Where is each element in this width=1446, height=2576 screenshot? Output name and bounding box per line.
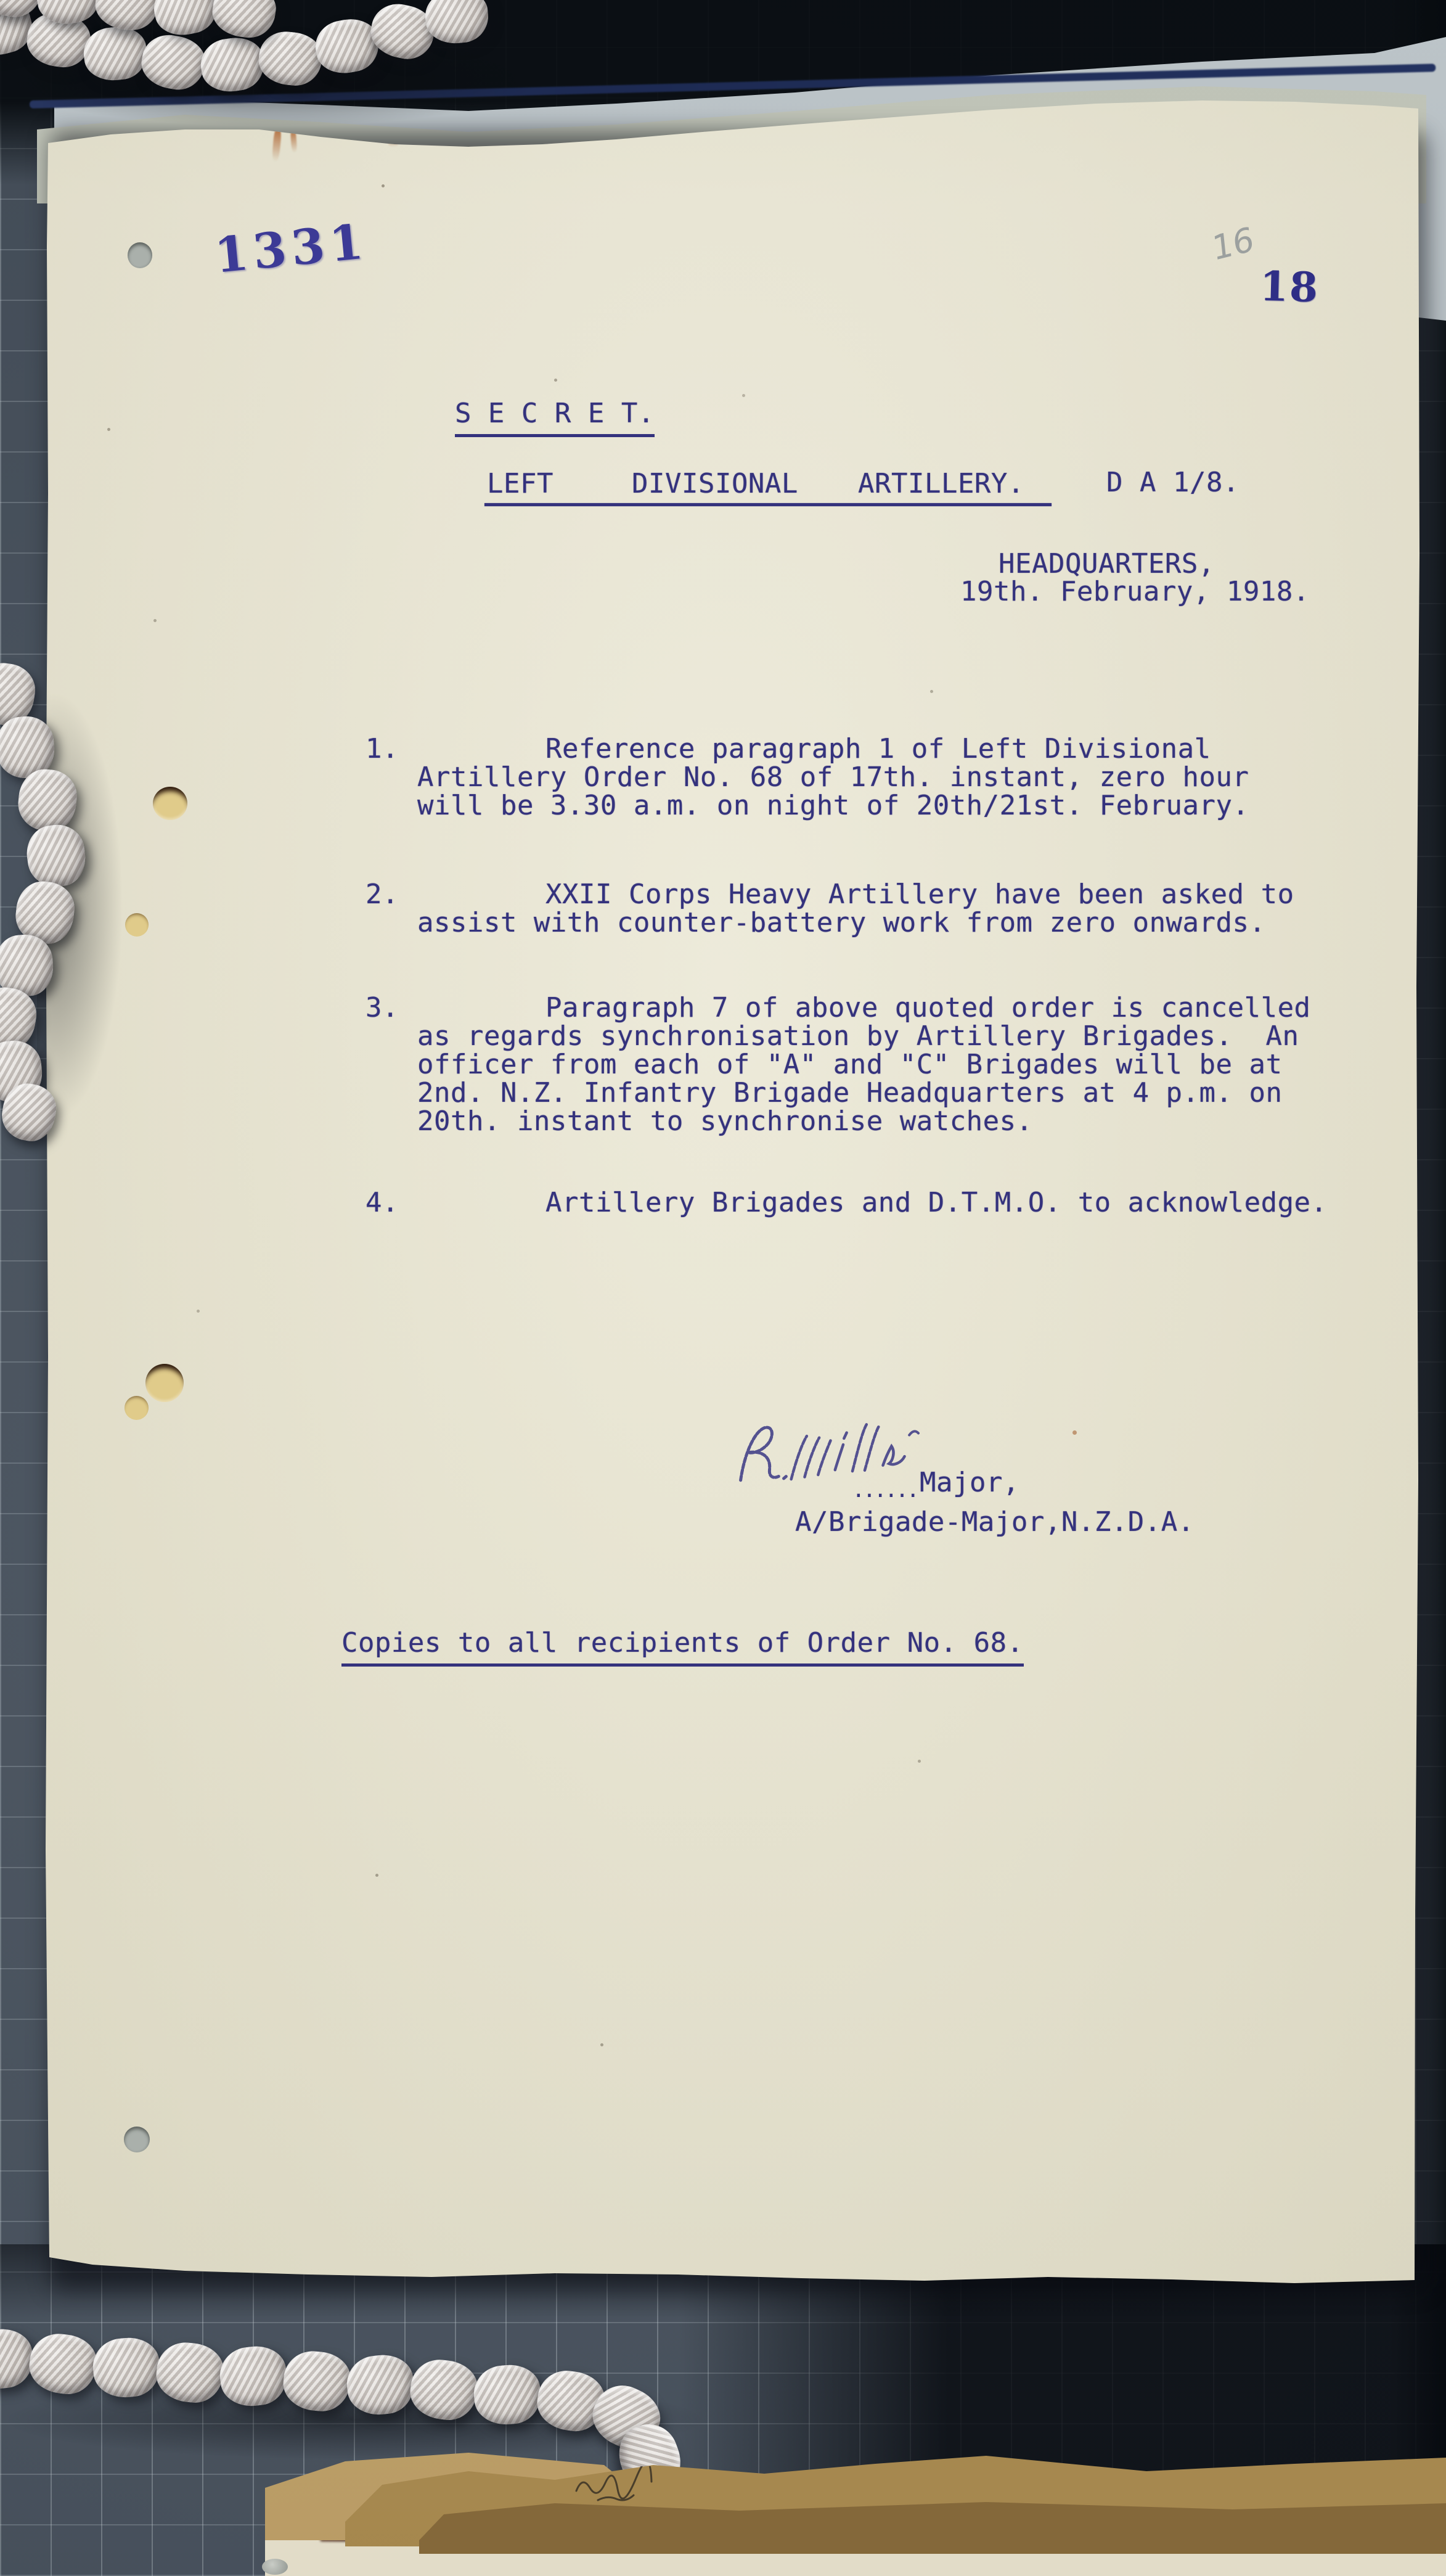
- order-paragraph: 2. XXII Corps Heavy Artillery have been …: [417, 880, 1354, 937]
- order-paragraph: 1. Reference paragraph 1 of Left Divisio…: [417, 735, 1354, 820]
- reference-code: D A 1/8.: [1106, 469, 1240, 497]
- ink-scribble: [573, 2466, 678, 2512]
- paragraph-number: 1.: [366, 735, 399, 763]
- paragraph-number: 3.: [366, 994, 399, 1022]
- paragraph-line: officer from each of "A" and "C" Brigade…: [417, 1051, 1354, 1079]
- paragraph-line: Paragraph 7 of above quoted order is can…: [545, 994, 1354, 1022]
- paragraph-line: Reference paragraph 1 of Left Divisional: [545, 735, 1354, 763]
- date-line: 19th. February, 1918.: [960, 578, 1310, 606]
- signature-dotted-line: ......: [852, 1477, 917, 1503]
- page-number-stamp: 18: [1259, 262, 1320, 311]
- distribution-note: Copies to all recipients of Order No. 68…: [242, 1601, 1024, 1657]
- order-paragraph: 4. Artillery Brigades and D.T.M.O. to ac…: [417, 1189, 1354, 1217]
- paragraph-line: as regards synchronisation by Artillery …: [417, 1022, 1354, 1051]
- punch-hole: [153, 787, 187, 820]
- punch-hole: [128, 242, 152, 268]
- signature-title-line: A/Brigade-Major,N.Z.D.A.: [795, 1508, 1195, 1536]
- paragraph-number: 4.: [366, 1189, 399, 1217]
- punch-hole: [125, 913, 149, 937]
- classification-heading: S E C R E T.: [355, 371, 655, 428]
- punch-hole: [145, 1364, 184, 1402]
- document-sheet: 1331 18 16 S E C R E T. LEFT DIVISIONAL …: [0, 0, 1446, 2576]
- order-paragraph: 3. Paragraph 7 of above quoted order is …: [417, 994, 1354, 1136]
- paragraph-line: 2nd. N.Z. Infantry Brigade Headquarters …: [417, 1079, 1354, 1107]
- rank-line: Major,: [920, 1469, 1019, 1497]
- title-underline: [484, 503, 1052, 506]
- punch-hole: [124, 2127, 150, 2152]
- paper-texture: [0, 0, 1446, 2576]
- punch-hole: [125, 1396, 149, 1420]
- pebble: [262, 2559, 288, 2575]
- paragraph-line: assist with counter-battery work from ze…: [417, 909, 1354, 937]
- paragraph-number: 2.: [366, 880, 399, 909]
- paragraph-line: Artillery Order No. 68 of 17th. instant,…: [417, 763, 1354, 792]
- paragraph-line: Artillery Brigades and D.T.M.O. to ackno…: [545, 1189, 1354, 1217]
- unit-title-word: ARTILLERY.: [858, 470, 1024, 498]
- paragraph-line: will be 3.30 a.m. on night of 20th/21st.…: [417, 792, 1354, 820]
- unit-title-word: DIVISIONAL: [632, 470, 798, 498]
- headquarters-line: HEADQUARTERS,: [999, 550, 1215, 578]
- unit-title-word: LEFT: [487, 470, 553, 498]
- paragraph-line: XXII Corps Heavy Artillery have been ask…: [545, 880, 1354, 909]
- archive-photo: 1331 18 16 S E C R E T. LEFT DIVISIONAL …: [0, 0, 1446, 2576]
- paragraph-line: 20th. instant to synchronise watches.: [417, 1107, 1354, 1136]
